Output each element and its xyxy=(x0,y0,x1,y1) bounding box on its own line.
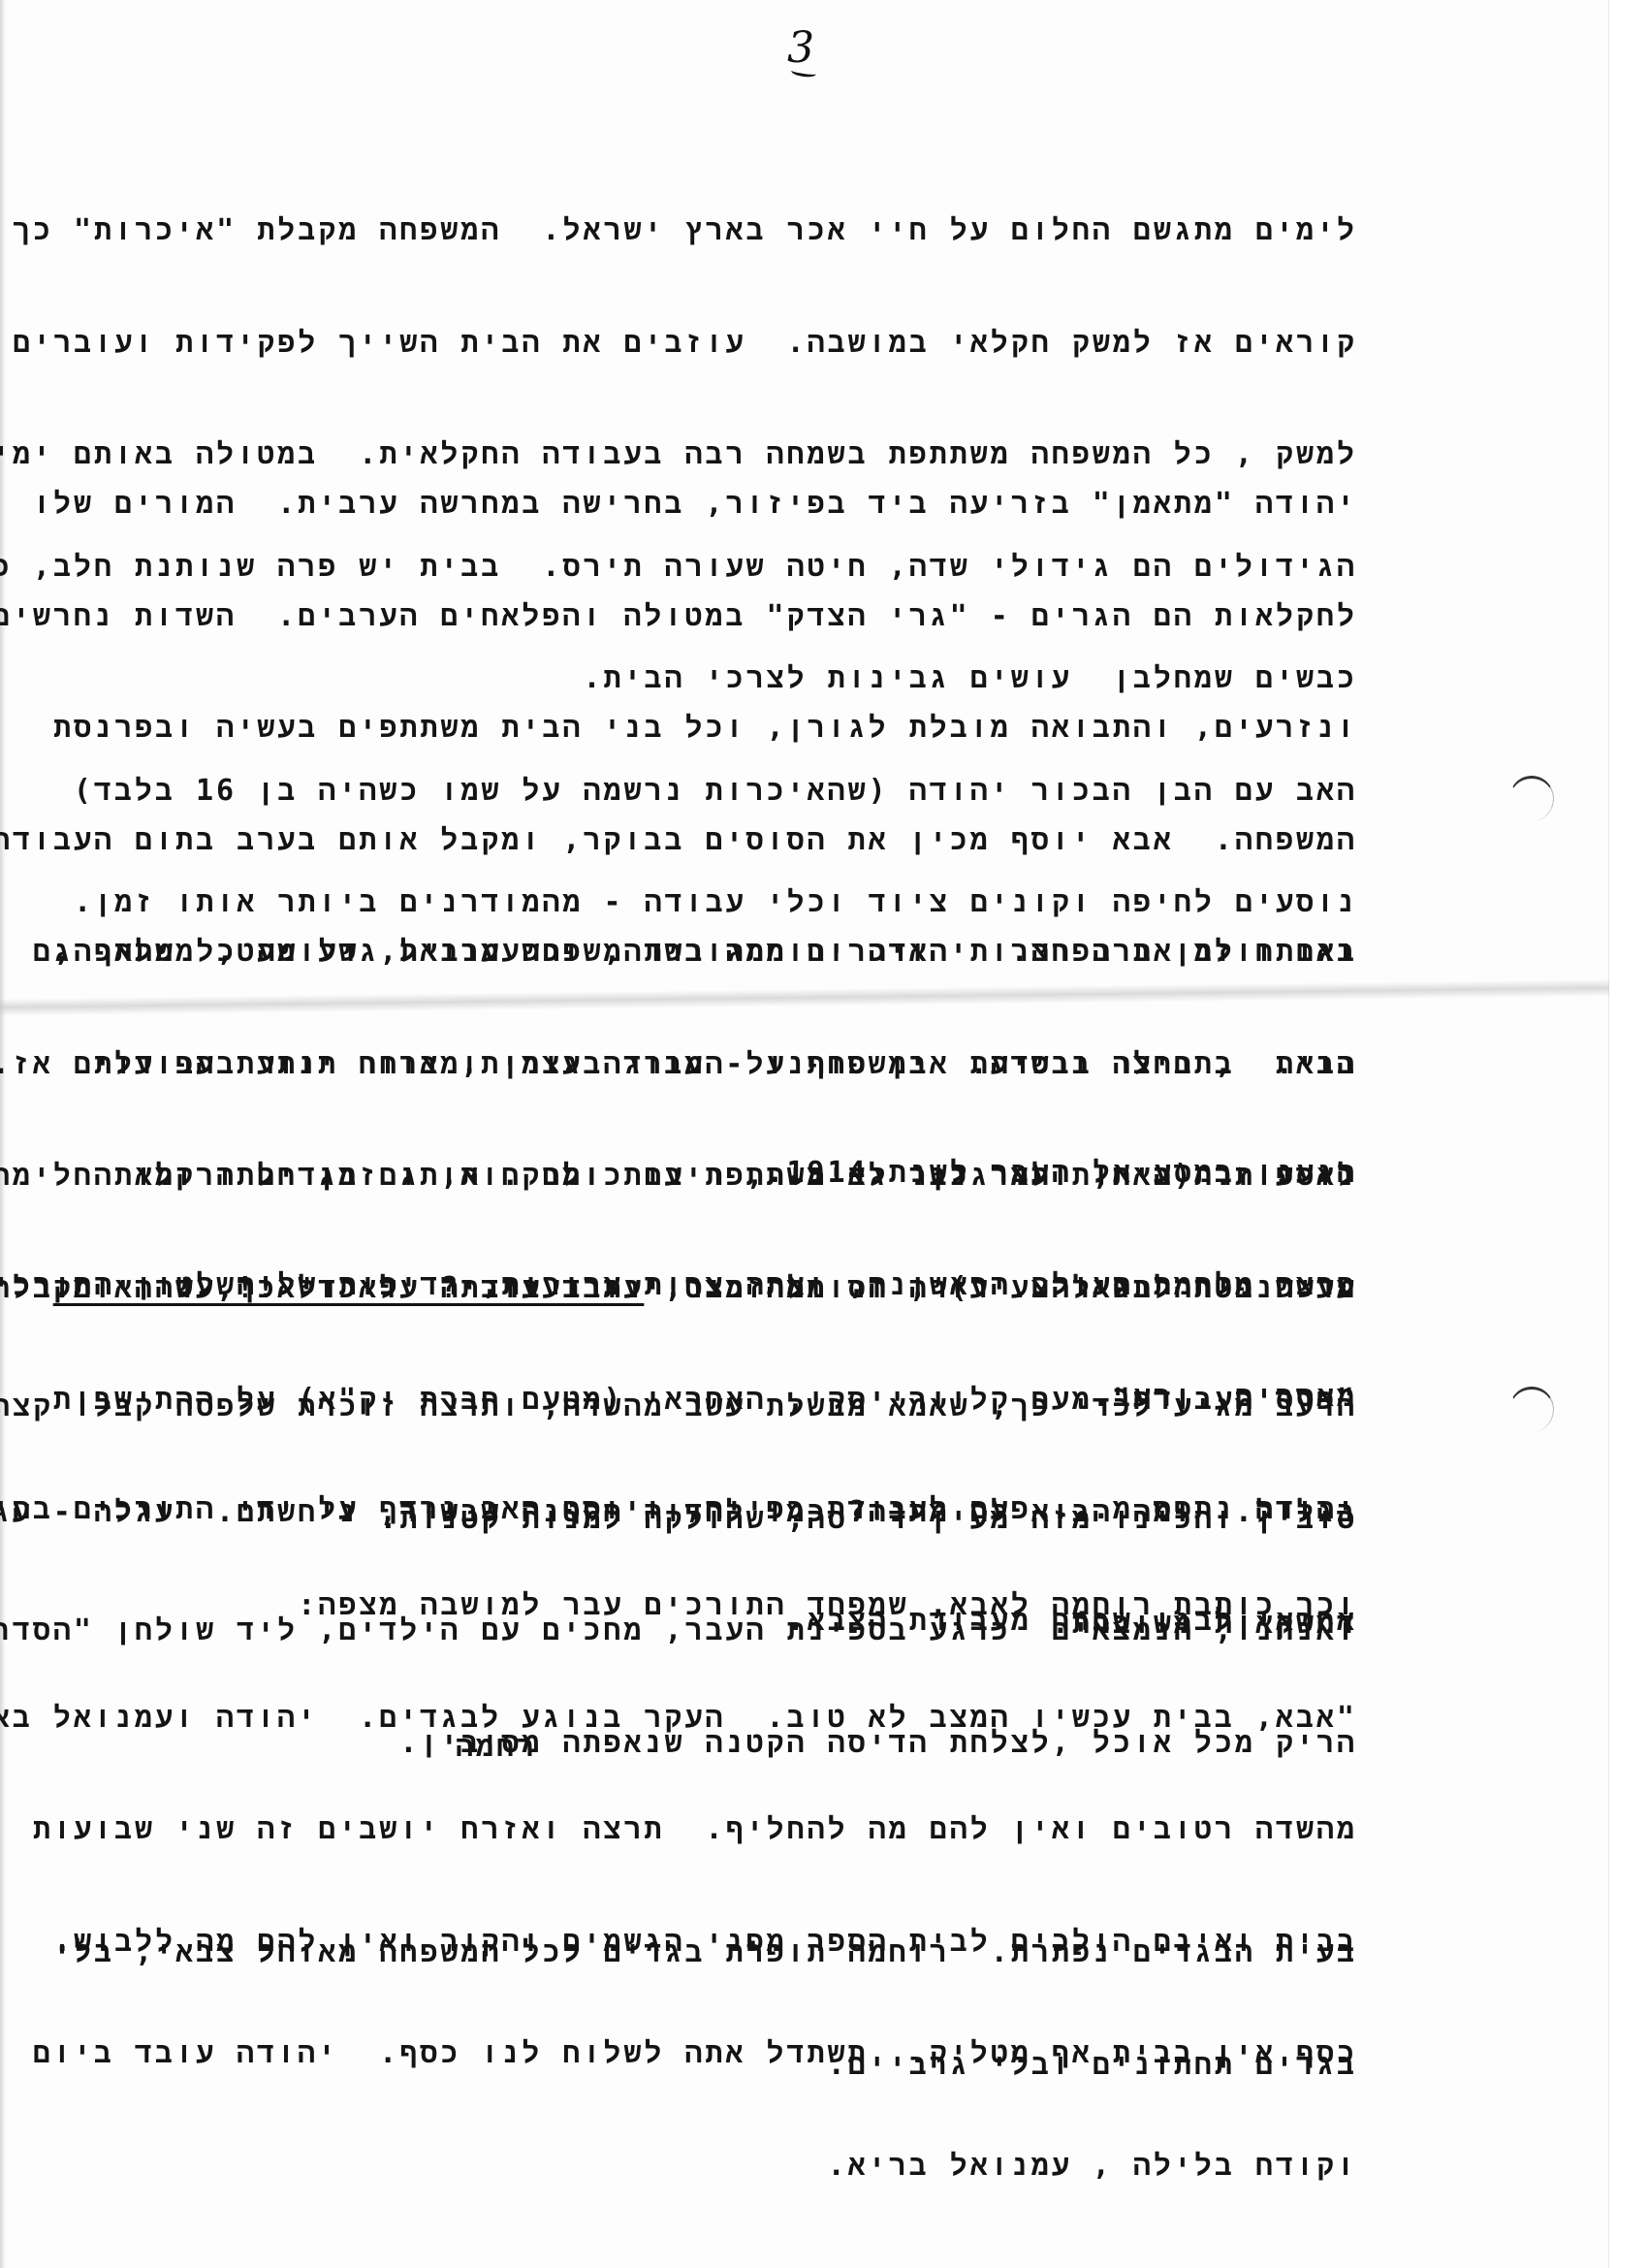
text-line: לחקלאות הם הגרים - "גרי הצדק" במטולה והפ… xyxy=(0,598,1357,636)
text-line: פרצה מלחמת העולם הראשונה, ואתה צרות צרור… xyxy=(0,1267,1357,1305)
text-line: יהודה "מתאמן" בזריעה ביד בפיזור, בחרישה … xyxy=(0,486,1357,524)
text-line: הרעב מגיע לכדי כך, שאמא מבשלת עשב מהשדה,… xyxy=(0,1389,1357,1426)
letter-signature: רחמה xyxy=(456,1730,537,1766)
text-line: באותו זמן ברב חצרות האיכרים מתגוררת משפח… xyxy=(0,934,1357,972)
text-line: המשפחה. אבא יוסף מכין את הסוסים בבוקר, ו… xyxy=(0,822,1357,860)
text-line: לימים מתגשם החלום על חיי אכר בארץ ישראל.… xyxy=(0,212,1357,250)
text-line: בעית הבגדים נפתרת. רוחמה תופרת בגדים לכל… xyxy=(53,1934,1357,1972)
hole-punch-mark xyxy=(1509,1387,1554,1432)
scanned-document-page: 3 לימים מתגשם החלום על חיי אכר בארץ ישרא… xyxy=(0,0,1648,2268)
text-line: הגענו במסע אל העבר לשנת 1914. xyxy=(0,1155,1357,1193)
hole-punch-mark xyxy=(1509,776,1554,821)
text-line: מהשדה רטובים ואין להם מה להחליף. תרצה וא… xyxy=(0,1811,1357,1849)
scan-margin-strip xyxy=(1608,0,1648,2268)
page-number: 3 xyxy=(787,27,814,70)
text-line: בבית , בחצר ובשדה. במשפחתנו - עבודה עצמי… xyxy=(0,1046,1357,1084)
text-line: קוראים אז למשק חקלאי במושבה. עוזבים את ה… xyxy=(0,325,1357,363)
paragraph-clothing-solved: בעית הבגדים נפתרת. רוחמה תופרת בגדים לכל… xyxy=(53,1860,1357,2158)
text-line: וכך כותבת רוחמה לאבא, שמפחד התורכים עבר … xyxy=(0,1587,1357,1625)
text-line: "אבא, בבית עכשיו המצב לא טוב. העקר בנוגע… xyxy=(0,1700,1357,1738)
text-line: בגדים תחתונים ובלי גרביים. xyxy=(53,2047,1357,2085)
text-line: ונזרעים, והתבואה מובלת לגורן, וכל בני הב… xyxy=(0,710,1357,748)
